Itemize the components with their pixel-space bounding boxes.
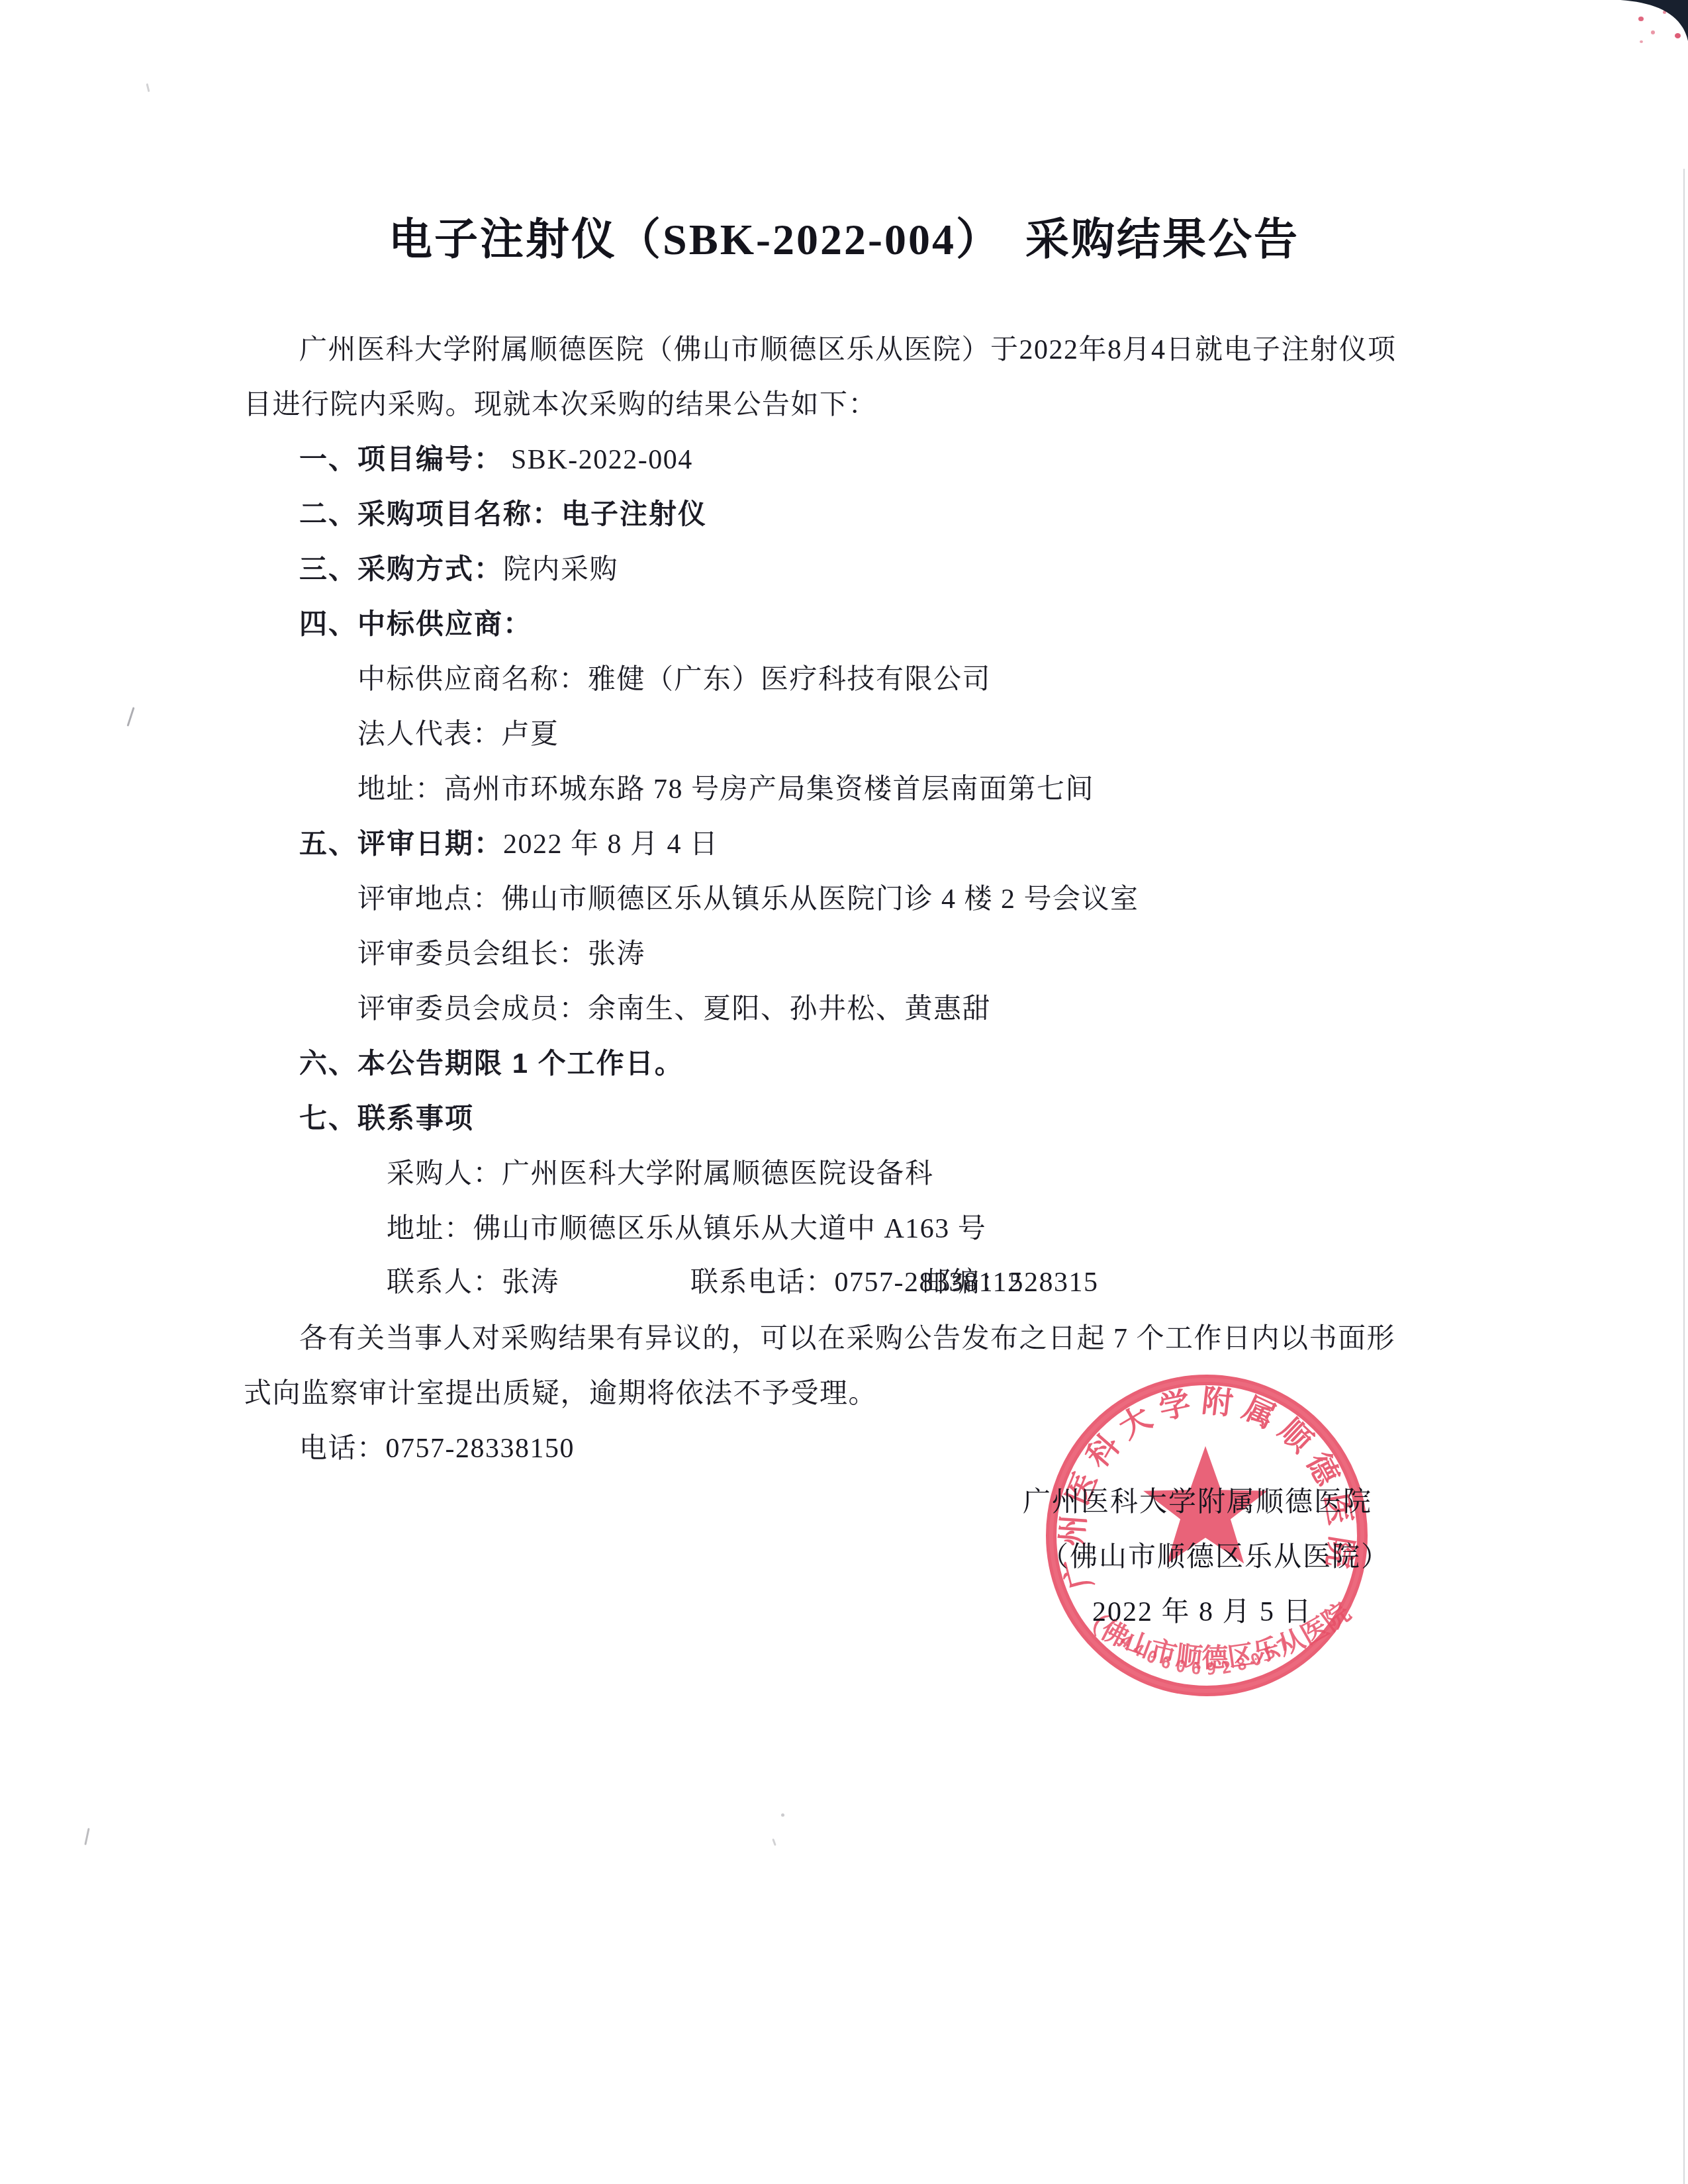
- supplier-name-line: 中标供应商名称：雅健（广东）医疗科技有限公司: [357, 651, 991, 706]
- legal-representative-line: 法人代表：卢夏: [357, 706, 559, 761]
- document-title: 电子注射仪（SBK-2022-004） 采购结果公告: [0, 204, 1688, 267]
- legal-representative-text: 法人代表：卢夏: [357, 719, 559, 750]
- intro-line-1: 广州医科大学附属顺德医院（佛山市顺德区乐从医院）于2022年8月4日就电子注射仪…: [299, 322, 1397, 377]
- item-winning-supplier-label: 四、中标供应商：: [299, 608, 532, 639]
- objection-line-1: 各有关当事人对采购结果有异议的，可以在采购公告发布之日起 7 个工作日内以书面形: [299, 1310, 1395, 1365]
- stray-mark-3: [781, 1813, 784, 1817]
- purchaser-line: 采购人：广州医科大学附属顺德医院设备科: [387, 1146, 934, 1201]
- contact-info-line: 联系人：张涛 联系电话：0757-28338112 邮编：528315: [387, 1255, 1446, 1310]
- purchaser-text: 采购人：广州医科大学附属顺德医院设备科: [387, 1159, 934, 1189]
- purchaser-address-line: 地址：佛山市顺德区乐从镇乐从大道中 A163 号: [387, 1201, 986, 1255]
- item-procurement-method-label: 三、采购方式：: [299, 553, 503, 584]
- phone-line: 电话：0757-28338150: [299, 1420, 575, 1475]
- item-announcement-period: 六、本公告期限 1 个工作日。: [299, 1036, 684, 1091]
- stray-mark-4: [772, 1839, 776, 1846]
- item-contact-matters: 七、联系事项: [299, 1091, 474, 1146]
- objection-line-2: 式向监察审计室提出质疑，逾期将依法不予受理。: [244, 1365, 877, 1420]
- signature-date-line: 2022 年 8 月 5 日: [1092, 1585, 1313, 1640]
- scan-corner-artifact: [1620, 0, 1688, 41]
- purchaser-address-text: 地址：佛山市顺德区乐从镇乐从大道中 A163 号: [387, 1214, 986, 1244]
- stray-mark-1: [126, 707, 134, 726]
- intro-line-2: 目进行院内采购。现就本次采购的结果公告如下：: [244, 377, 877, 432]
- scanned-document-page: 电子注射仪（SBK-2022-004） 采购结果公告 广州医科大学附属顺德医院（…: [0, 0, 1688, 2184]
- item-contact-matters-label: 七、联系事项: [299, 1103, 474, 1134]
- item-project-number-label: 一、项目编号：: [299, 443, 503, 475]
- phone-line-text: 电话：0757-28338150: [299, 1433, 575, 1464]
- review-location-line: 评审地点：佛山市顺德区乐从镇乐从医院门诊 4 楼 2 号会议室: [357, 871, 1139, 926]
- item-announcement-period-label: 六、本公告期限 1 个工作日。: [299, 1048, 684, 1079]
- contact-zipcode: 邮编：528315: [923, 1255, 1099, 1310]
- review-location-text: 评审地点：佛山市顺德区乐从镇乐从医院门诊 4 楼 2 号会议室: [357, 884, 1139, 915]
- signature-org-alt-line: （佛山市顺德区乐从医院）: [1041, 1530, 1390, 1585]
- item-review-date: 五、评审日期：2022 年 8 月 4 日: [299, 816, 719, 871]
- item-project-name-label: 二、采购项目名称：电子注射仪: [299, 498, 707, 529]
- review-committee-leader-line: 评审委员会组长：张涛: [357, 926, 645, 981]
- item-winning-supplier: 四、中标供应商：: [299, 596, 532, 651]
- signature-org-line: 广州医科大学附属顺德医院: [1023, 1475, 1372, 1530]
- item-procurement-method-value: 院内采购: [503, 555, 618, 585]
- review-committee-members-text: 评审委员会成员：余南生、夏阳、孙井松、黄惠甜: [357, 994, 991, 1024]
- stray-mark-5: [146, 83, 150, 92]
- supplier-address-text: 地址：高州市环城东路 78 号房产局集资楼首层南面第七间: [357, 774, 1094, 805]
- scan-edge-line: [1683, 169, 1685, 2184]
- item-review-date-value: 2022 年 8 月 4 日: [503, 829, 719, 860]
- stray-mark-2: [84, 1828, 89, 1845]
- item-review-date-label: 五、评审日期：: [299, 828, 503, 859]
- review-committee-members-line: 评审委员会成员：余南生、夏阳、孙井松、黄惠甜: [357, 981, 991, 1036]
- objection-line-2-text: 式向监察审计室提出质疑，逾期将依法不予受理。: [244, 1379, 877, 1409]
- review-committee-leader-text: 评审委员会组长：张涛: [357, 939, 645, 970]
- intro-line-2-text: 目进行院内采购。现就本次采购的结果公告如下：: [244, 390, 877, 420]
- supplier-name-text: 中标供应商名称：雅健（广东）医疗科技有限公司: [357, 664, 991, 695]
- supplier-address-line: 地址：高州市环城东路 78 号房产局集资楼首层南面第七间: [357, 761, 1094, 816]
- contact-person: 联系人：张涛: [387, 1255, 559, 1310]
- item-procurement-method: 三、采购方式：院内采购: [299, 541, 618, 596]
- item-project-number-value: SBK-2022-004: [503, 445, 693, 475]
- intro-line-1-text: 广州医科大学附属顺德医院（佛山市顺德区乐从医院）于2022年8月4日就电子注射仪…: [299, 335, 1397, 365]
- item-project-number: 一、项目编号： SBK-2022-004: [299, 432, 693, 486]
- objection-line-1-text: 各有关当事人对采购结果有异议的，可以在采购公告发布之日起 7 个工作日内以书面形: [299, 1324, 1395, 1354]
- item-project-name: 二、采购项目名称：电子注射仪: [299, 486, 707, 541]
